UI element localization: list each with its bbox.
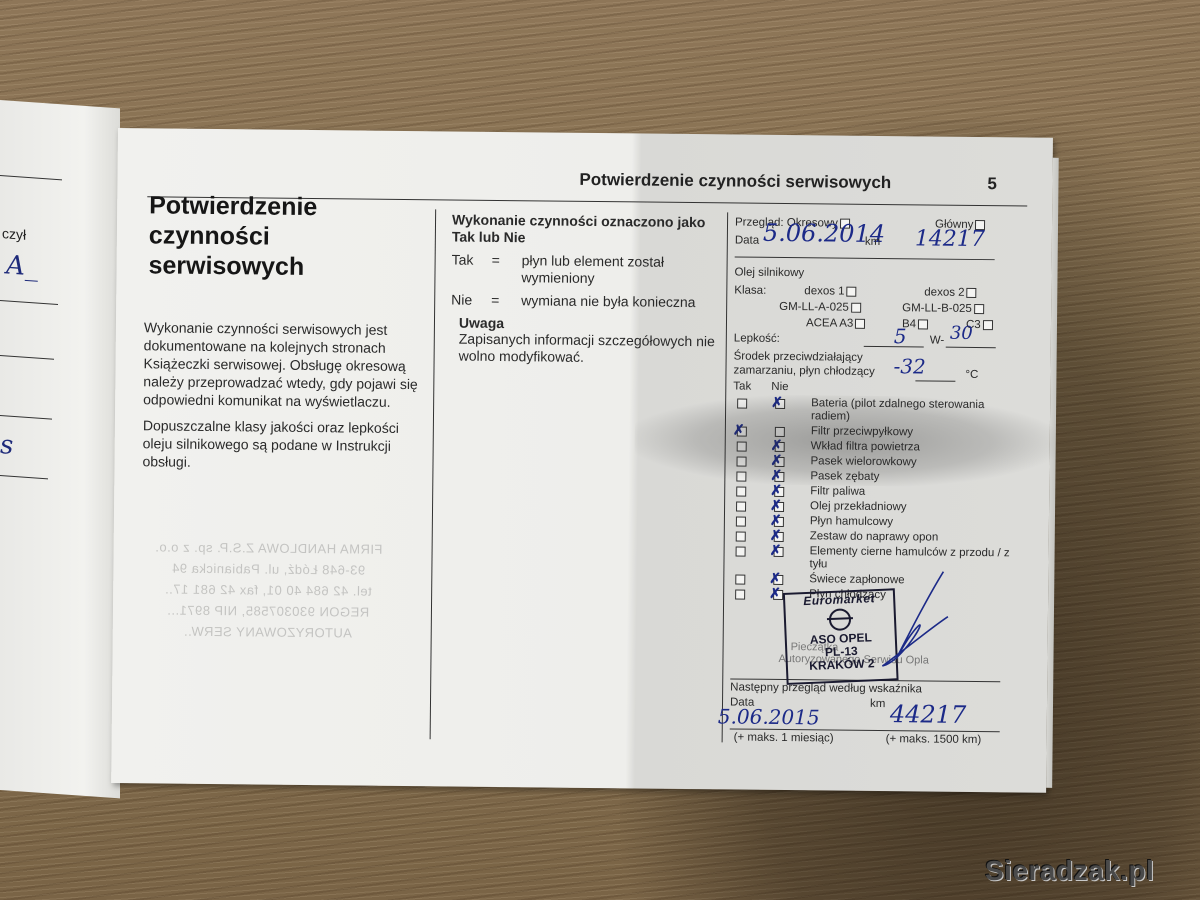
km-label: km: [865, 236, 880, 248]
page-number: 5: [987, 174, 997, 194]
tak-checkbox[interactable]: [736, 471, 746, 481]
check-mark-icon: ✗: [771, 397, 783, 407]
column-divider: [722, 212, 729, 742]
next-date-hint: (+ maks. 1 miesiąc): [734, 731, 834, 744]
faded-dealer-stamp: FIRMA HANDLOWA Z.S.P. sp. z o.o. 93-648 …: [113, 536, 424, 644]
intro-text: Wykonanie czynności serwisowych jest dok…: [142, 318, 424, 481]
legend-heading: Wykonanie czynności oznaczono jako Tak l…: [452, 212, 717, 249]
checklist-item-label: Filtr przeciwpyłkowy: [811, 425, 913, 439]
check-mark-icon: ✗: [770, 485, 782, 495]
acea-a3-checkbox[interactable]: [855, 319, 865, 329]
checklist-item-label: Olej przekładniowy: [810, 500, 907, 514]
signature: [872, 566, 953, 677]
opel-logo-icon: [829, 608, 852, 631]
running-head: Potwierdzenie czynności serwisowych: [579, 170, 891, 193]
checklist-item: Elementy cierne hamulców z przodu / z ty…: [732, 544, 1017, 561]
tak-checkbox[interactable]: [736, 531, 746, 541]
viscosity-label: Lepkość:: [734, 332, 780, 344]
gm-ll-b-025-checkbox[interactable]: [974, 304, 984, 314]
check-mark-icon: ✗: [770, 500, 782, 510]
tak-checkbox[interactable]: [736, 501, 746, 511]
left-page-label: czył: [2, 225, 26, 243]
form-line: [0, 475, 48, 479]
next-inspection-label: Następny przegląd według wskaźnika: [730, 681, 922, 695]
checklist-item-label: Wkład filtra powietrza: [811, 440, 920, 454]
watermark: Sieradzak.pl: [985, 855, 1154, 887]
check-mark-icon: ✗: [769, 588, 781, 598]
b4-checkbox[interactable]: [918, 319, 928, 329]
dexos1-checkbox[interactable]: [847, 287, 857, 297]
legend-definition: Nie = wymiana nie była konieczna: [451, 291, 716, 311]
tak-checkbox[interactable]: [736, 516, 746, 526]
left-page-handwriting: A_: [6, 250, 38, 282]
oil-heading: Olej silnikowy: [734, 266, 804, 279]
col-nie-header: Nie: [771, 381, 788, 393]
form-line: [0, 355, 54, 360]
check-mark-icon: ✗: [769, 573, 781, 583]
next-date-handwritten[interactable]: 5.06.2015: [718, 704, 820, 729]
check-mark-icon: ✗: [771, 440, 783, 450]
note-text: Zapisanych informacji szczegółowych nie …: [459, 331, 716, 368]
nie-checkbox[interactable]: [775, 427, 785, 437]
service-record-form: Przegląd: Okresowy Główny Data 5.06.2014…: [735, 216, 1020, 219]
left-page: czył A_ s: [0, 100, 120, 798]
checklist-item-label: Bateria (pilot zdalnego sterowania radie…: [811, 397, 1018, 425]
class-label: Klasa:: [734, 284, 766, 296]
viscosity-handwritten-2[interactable]: 30: [950, 323, 973, 344]
check-mark-icon: ✗: [770, 470, 782, 480]
col-tak-header: Tak: [733, 380, 751, 392]
date-label: Data: [735, 234, 759, 246]
check-mark-icon: ✗: [770, 530, 782, 540]
tak-checkbox[interactable]: [737, 398, 747, 408]
legend-definition: Tak = płyn lub element został wymieniony: [451, 252, 716, 289]
service-book-page: Potwierdzenie czynności serwisowych 5 Po…: [111, 128, 1053, 793]
checklist-item: Bateria (pilot zdalnego sterowania radie…: [733, 396, 1018, 413]
left-page-handwriting: s: [0, 430, 13, 461]
tak-checkbox[interactable]: [736, 456, 746, 466]
checklist-item-label: Pasek wielorowkowy: [810, 455, 916, 469]
next-km-hint: (+ maks. 1500 km): [886, 733, 982, 746]
tak-checkbox[interactable]: [737, 441, 747, 451]
intro-paragraph: Wykonanie czynności serwisowych jest dok…: [143, 318, 424, 411]
tak-checkbox[interactable]: [736, 486, 746, 496]
next-km-handwritten[interactable]: 44217: [890, 700, 967, 729]
tak-checkbox[interactable]: [736, 546, 746, 556]
form-line: [0, 300, 58, 305]
c3-checkbox[interactable]: [983, 320, 993, 330]
viscosity-handwritten[interactable]: 5: [894, 324, 907, 348]
check-mark-icon: ✗: [770, 545, 782, 555]
check-mark-icon: ✗: [770, 515, 782, 525]
checklist-item-label: Filtr paliwa: [810, 485, 865, 499]
checklist-item-label: Pasek zębaty: [810, 470, 879, 484]
tak-checkbox[interactable]: [735, 589, 745, 599]
form-line: [0, 415, 52, 420]
form-line: [0, 175, 62, 180]
coolant-handwritten[interactable]: -32: [893, 354, 925, 378]
gm-ll-a-025-checkbox[interactable]: [851, 303, 861, 313]
check-mark-icon: ✗: [733, 424, 745, 434]
column-divider: [430, 209, 437, 739]
dexos2-checkbox[interactable]: [967, 288, 977, 298]
km-handwritten[interactable]: 14217: [915, 226, 985, 252]
legend: Wykonanie czynności oznaczono jako Tak l…: [451, 212, 718, 368]
checklist-item-label: Zestaw do naprawy opon: [810, 530, 939, 544]
coolant-label: Środek przeciwdziałający: [734, 350, 863, 363]
section-title: Potwierdzenie czynności serwisowych: [148, 190, 317, 282]
intro-paragraph: Dopuszczalne klasy jakości oraz lepkości…: [142, 416, 423, 473]
check-mark-icon: ✗: [771, 455, 783, 465]
checklist-item-label: Płyn hamulcowy: [810, 515, 893, 529]
tak-checkbox[interactable]: [735, 574, 745, 584]
